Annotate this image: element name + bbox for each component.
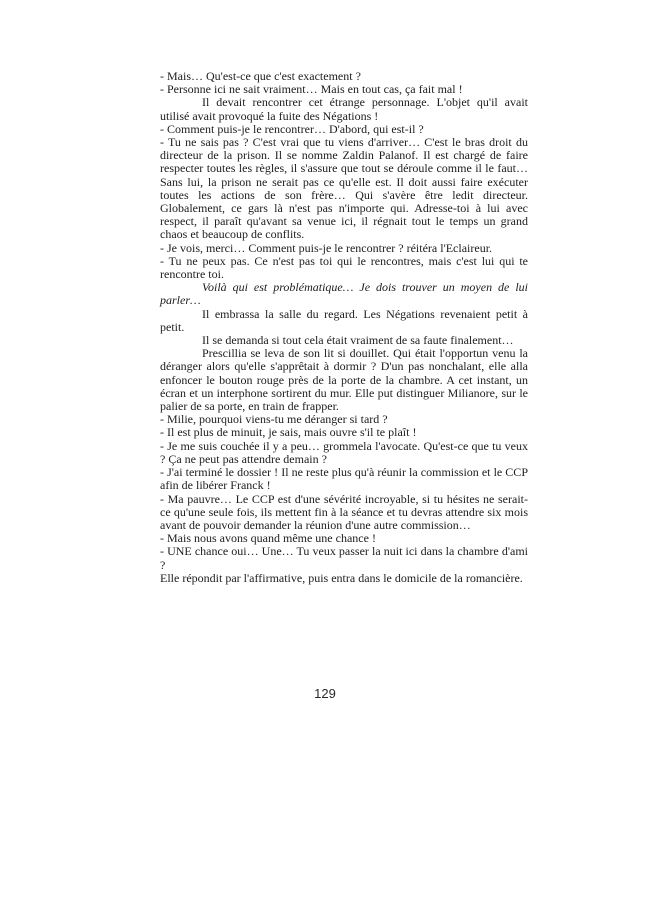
paragraph: Il embrassa la salle du regard. Les Néga… — [160, 308, 528, 334]
book-page: - Mais… Qu'est-ce que c'est exactement ?… — [0, 0, 650, 920]
page-number: 129 — [0, 686, 650, 701]
paragraph: - Je me suis couchée il y a peu… grommel… — [160, 440, 528, 466]
paragraph: - Ma pauvre… Le CCP est d'une sévérité i… — [160, 493, 528, 533]
paragraph: Elle répondit par l'affirmative, puis en… — [160, 572, 528, 585]
paragraph: Prescillia se leva de son lit si douille… — [160, 347, 528, 413]
paragraph: Il devait rencontrer cet étrange personn… — [160, 96, 528, 122]
page-text: - Mais… Qu'est-ce que c'est exactement ?… — [160, 70, 528, 585]
paragraph: - Il est plus de minuit, je sais, mais o… — [160, 426, 528, 439]
paragraph: - Je vois, merci… Comment puis-je le ren… — [160, 242, 528, 255]
paragraph: - UNE chance oui… Une… Tu veux passer la… — [160, 545, 528, 571]
paragraph: - J'ai terminé le dossier ! Il ne reste … — [160, 466, 528, 492]
paragraph-inner-thought: Voilà qui est problématique… Je dois tro… — [160, 281, 528, 307]
paragraph: - Tu ne sais pas ? C'est vrai que tu vie… — [160, 136, 528, 242]
paragraph: - Tu ne peux pas. Ce n'est pas toi qui l… — [160, 255, 528, 281]
